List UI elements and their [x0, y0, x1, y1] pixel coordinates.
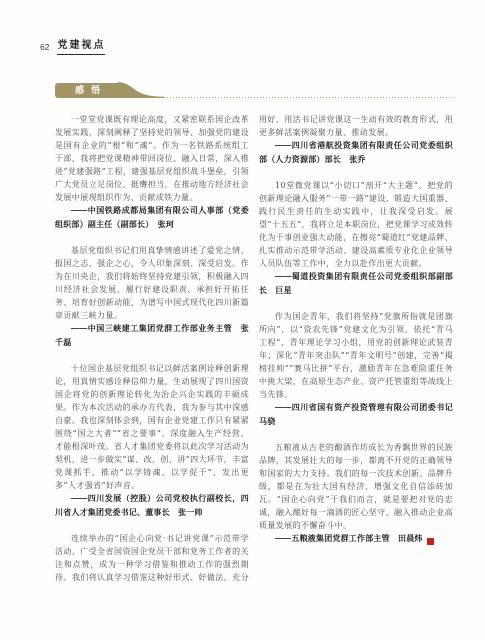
dotted-rule [164, 96, 455, 98]
quote-text: 十位国企基层党组织书记以鲜活案例诠释创新理论，用真情实感诠释信仰力量，生动展现了… [55, 362, 249, 492]
quote-block: 十位国企基层党组织书记以鲜活案例诠释创新理论，用真情实感诠释信仰力量，生动展现了… [55, 362, 249, 519]
attribution-text: ——四川省港航投资集团有限责任公司党委组织部（人力资源部）部长 张乔 [259, 141, 453, 164]
attribution-text: ——蜀道投资集团有限责任公司党委组织部副部长 巨星 [259, 272, 453, 295]
quote-block: 一堂堂党课既有理论高度，又紧密联系国企改革发展实践，深刻阐释了坚持党的领导、加强… [55, 113, 249, 231]
section-tag-row: 感悟 [55, 81, 455, 98]
quote-text: 10堂微党课以“小切口”剖开“大主题”、把党的创新理论融入服务“一带一路”建设、… [259, 179, 453, 270]
attribution-text: ——中国三峡建工集团党群工作部业务主管 张千磊 [55, 324, 249, 347]
quote-attribution: ——四川省国有资产投资管理有限公司团委书记 马骁 [259, 401, 453, 428]
running-head: 62 党建视点 [40, 36, 105, 55]
quote-attribution: ——五粮液集团党群工作部主管 田晨炜K [259, 532, 453, 546]
quote-attribution: ——四川发展（控股）公司党校执行副校长，四川省人才集团党委书记、董事长 张一帅 [55, 492, 249, 519]
end-of-article-marker: K [427, 538, 434, 545]
quote-attribution: ——四川省港航投资集团有限责任公司党委组织部（人力资源部）部长 张乔 [259, 139, 453, 166]
attribution-text: ——五粮液集团党群工作部主管 田晨炜 [275, 534, 423, 543]
quote-attribution: ——蜀道投资集团有限责任公司党委组织部副部长 巨星 [259, 270, 453, 297]
page-number: 62 [40, 42, 49, 55]
attribution-text: ——四川发展（控股）公司党校执行副校长，四川省人才集团党委书记、董事长 张一帅 [55, 494, 249, 517]
quote-text: 基层党组织书记们用真挚情感讲述了爱党之情、报国之志、强企之心，令人印象深刻、深受… [55, 244, 249, 322]
magazine-page: 62 党建视点 感悟 一堂堂党课既有理论高度，又紧密联系国企改革发展实践，深刻阐… [0, 0, 485, 640]
attribution-text: ——中国铁路成都局集团有限公司人事部（党委组织部）副主任（副部长） 张珂 [55, 206, 249, 229]
quote-attribution: ——中国铁路成都局集团有限公司人事部（党委组织部）副主任（副部长） 张珂 [55, 204, 249, 231]
quote-block: 五粮液从古老的酿酒作坊成长为香飘世界的民族品牌，其发展壮大的每一步，都离不开党的… [259, 441, 453, 546]
attribution-text: ——四川省国有资产投资管理有限公司团委书记 马骁 [259, 403, 461, 426]
quote-text: 一堂堂党课既有理论高度，又紧密联系国企改革发展实践，深刻阐释了坚持党的领导、加强… [55, 113, 249, 204]
quotes-flow: 一堂堂党课既有理论高度，又紧密联系国企改革发展实践，深刻阐释了坚持党的领导、加强… [55, 113, 453, 597]
section-badge: 感悟 [55, 83, 120, 98]
quote-block: 基层党组织书记们用真挚情感讲述了爱党之情、报国之志、强企之心，令人印象深刻、深受… [55, 244, 249, 349]
quote-attribution: ——中国三峡建工集团党群工作部业务主管 张千磊 [55, 322, 249, 349]
quote-block: 作为国企青年，我们将坚持“党旗所指就是团旗所向”，以“资农先锋”党建文化为引领，… [259, 310, 453, 428]
page-header-title: 党建视点 [57, 36, 105, 55]
quote-text: 作为国企青年，我们将坚持“党旗所指就是团旗所向”，以“资农先锋”党建文化为引领，… [259, 310, 453, 401]
badge-swoosh-icon [118, 82, 164, 98]
quote-block: 10堂微党课以“小切口”剖开“大主题”、把党的创新理论融入服务“一带一路”建设、… [259, 179, 453, 297]
quote-text: 五粮液从古老的酿酒作坊成长为香飘世界的民族品牌，其发展壮大的每一步，都离不开党的… [259, 441, 453, 532]
